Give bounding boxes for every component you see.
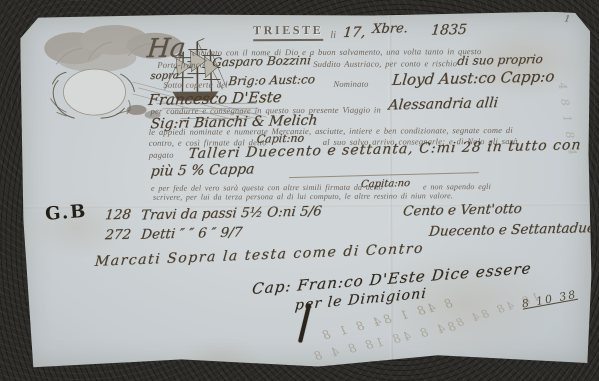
photo-backdrop: TRIESTE li 17, Xbre. 1835 1 Ha caricato …	[0, 0, 599, 381]
cargo-row2-amount: Duecento e Settantadue	[428, 220, 595, 240]
printed-scrivere: scrivere, per lui da terza persona al di…	[153, 191, 453, 202]
printed-le-appiedi: le appiedi nominate e numerate Mercanzie…	[149, 125, 513, 137]
shipper-name: Gasparo Bozzini	[212, 53, 312, 69]
printed-sotto-coperta: Sotto coperta del	[163, 79, 227, 89]
risk-account: di suo proprio	[457, 52, 544, 68]
printed-suddito: Suddito Austriaco, per conto e rischio	[313, 58, 457, 69]
vignette-cartouche	[50, 69, 160, 120]
vessel-name: Lloyd Aust:co Capp:o	[391, 67, 555, 89]
merchant-mark: G.B	[44, 201, 88, 225]
primage-clause: più 5 % Cappa	[150, 161, 255, 179]
cargo-row1-qty: 128	[104, 207, 131, 224]
printed-portofranco: Porto-franco	[157, 60, 204, 70]
date-year: 1835	[430, 22, 467, 39]
bleedthrough-line-3: 18 48 84 8	[452, 290, 541, 330]
date-month: Xbre.	[371, 21, 408, 37]
dateline-li: li	[330, 30, 336, 41]
cargo-row1-amount: Cento e Vent'otto	[402, 201, 522, 220]
printed-pagato: pagato	[149, 150, 174, 160]
document-paper: TRIESTE li 17, Xbre. 1835 1 Ha caricato …	[20, 12, 592, 370]
city-name: TRIESTE	[253, 23, 323, 41]
printed-non-sapendo: e non sapendo egli	[423, 182, 491, 191]
handwritten-dash-rule	[289, 172, 479, 178]
date-day: 17,	[342, 24, 366, 41]
cargo-row2-desc: Detti ″ ″ 6 ″ 9/7	[140, 224, 243, 242]
cargo-row2-qty: 272	[104, 227, 131, 244]
dateline: TRIESTE li 17, Xbre. 1835	[253, 21, 466, 41]
cargo-marking-note: Marcati Sopra la testa come di Contro	[94, 241, 424, 270]
destination: Alessandria alli	[388, 95, 499, 113]
vessel-type: Brig:o Aust:co	[228, 72, 316, 88]
cargo-row1-desc: Travi da passi 5½ O:ni 5/6	[140, 203, 322, 223]
captain-abbrev-2: Capita:no	[360, 178, 410, 190]
corner-mark: 1	[563, 14, 570, 25]
printed-nominato: Nominato	[333, 79, 368, 89]
